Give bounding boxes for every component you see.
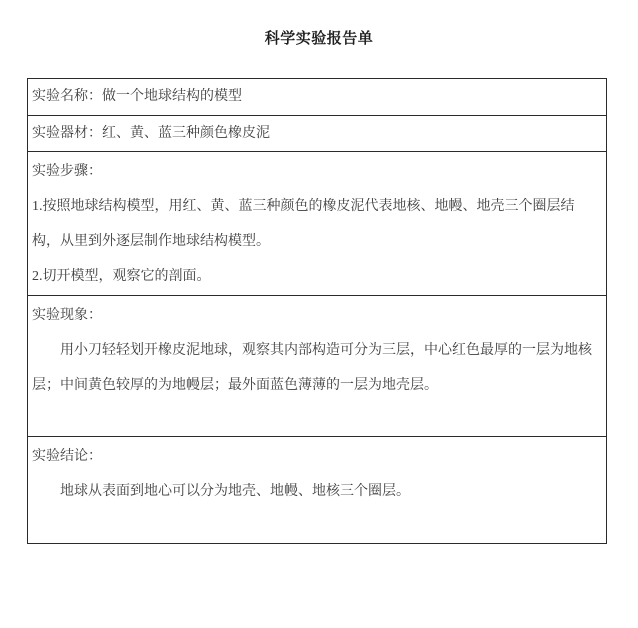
- experiment-conclusion-text: 地球从表面到地心可以分为地壳、地幔、地核三个圈层。: [32, 474, 602, 509]
- table-row-experiment-steps: 实验步骤： 1.按照地球结构模型，用红、黄、蓝三种颜色的橡皮泥代表地核、地幔、地…: [28, 151, 606, 295]
- experiment-conclusion-label: 实验结论：: [32, 439, 602, 474]
- experiment-name-text: 实验名称：做一个地球结构的模型: [32, 87, 242, 107]
- experiment-steps-label: 实验步骤：: [32, 154, 602, 189]
- table-row-experiment-name: 实验名称：做一个地球结构的模型: [28, 79, 606, 115]
- table-row-experiment-conclusion: 实验结论： 地球从表面到地心可以分为地壳、地幔、地核三个圈层。: [28, 436, 606, 543]
- experiment-step-1: 1.按照地球结构模型，用红、黄、蓝三种颜色的橡皮泥代表地核、地幔、地壳三个圈层结…: [32, 189, 602, 259]
- experiment-observation-text: 用小刀轻轻划开橡皮泥地球，观察其内部构造可分为三层，中心红色最厚的一层为地核层；…: [32, 333, 602, 403]
- report-table: 实验名称：做一个地球结构的模型 实验器材：红、黄、蓝三种颜色橡皮泥 实验步骤： …: [27, 78, 607, 544]
- table-row-experiment-materials: 实验器材：红、黄、蓝三种颜色橡皮泥: [28, 115, 606, 151]
- experiment-observation-label: 实验现象：: [32, 298, 602, 333]
- experiment-step-2: 2.切开模型，观察它的剖面。: [32, 259, 602, 294]
- experiment-materials-text: 实验器材：红、黄、蓝三种颜色橡皮泥: [32, 124, 270, 144]
- page-title: 科学实验报告单: [0, 0, 638, 48]
- report-page: 科学实验报告单 实验名称：做一个地球结构的模型 实验器材：红、黄、蓝三种颜色橡皮…: [0, 0, 638, 628]
- table-row-experiment-observation: 实验现象： 用小刀轻轻划开橡皮泥地球，观察其内部构造可分为三层，中心红色最厚的一…: [28, 295, 606, 436]
